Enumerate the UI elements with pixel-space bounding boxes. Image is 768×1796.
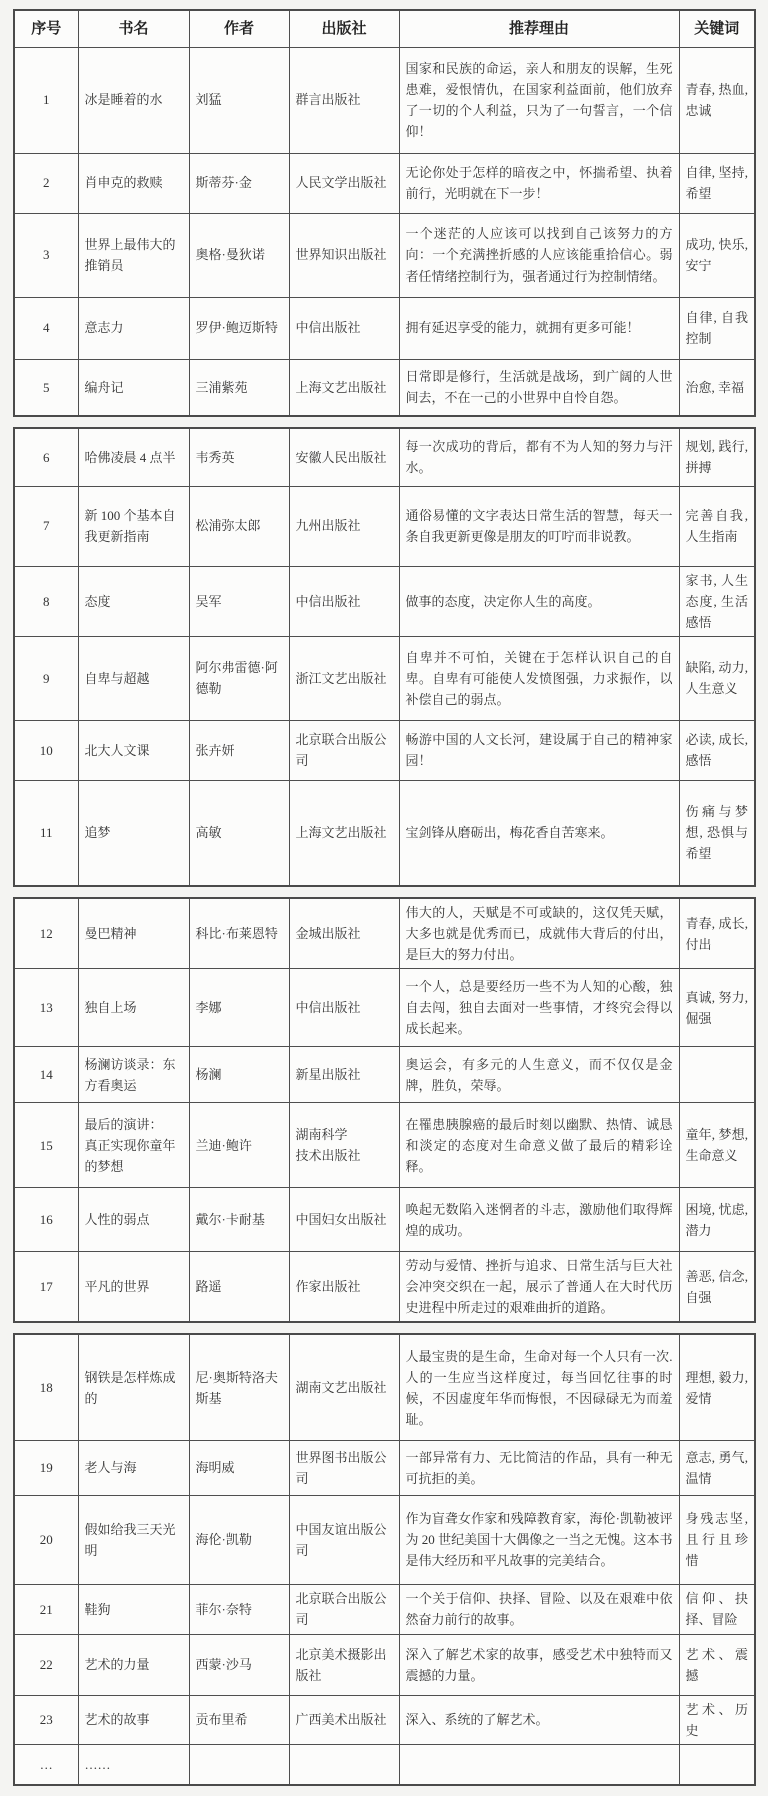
cell-author: 韦秀英: [189, 428, 289, 486]
cell-publisher: 北京联合出版公司: [289, 720, 399, 780]
cell-book-title: 最后的演讲： 真正实现你童年的梦想: [78, 1103, 189, 1188]
cell-author: 贡布里希: [189, 1695, 289, 1744]
cell-author: 戴尔·卡耐基: [189, 1188, 289, 1252]
cell-book-title: 艺术的力量: [78, 1634, 189, 1695]
cell-publisher: 中信出版社: [289, 297, 399, 359]
cell-index: 20: [14, 1495, 78, 1584]
cell-reason: 唤起无数陷入迷惘者的斗志，激励他们取得辉煌的成功。: [399, 1188, 679, 1252]
cell-reason: 一部异常有力、无比简洁的作品，具有一种无可抗拒的美。: [399, 1440, 679, 1495]
table-section-2: 6哈佛凌晨 4 点半韦秀英安徽人民出版社每一次成功的背后，都有不为人知的努力与汗…: [13, 427, 756, 887]
cell-publisher: 湖南科学 技术出版社: [289, 1103, 399, 1188]
cell-keywords: 理想, 毅力, 爱情: [679, 1334, 755, 1440]
cell-author: 松浦弥太郎: [189, 486, 289, 566]
cell-keywords: 自律, 坚持, 希望: [679, 153, 755, 213]
table-row: 20假如给我三天光明海伦·凯勒中国友谊出版公司作为盲聋女作家和残障教育家，海伦·…: [14, 1495, 755, 1584]
cell-reason: 伟大的人，天赋是不可或缺的，这仅凭天赋，大多也就是优秀而已，成就伟大背后的付出，…: [399, 898, 679, 969]
cell-book-title: ……: [78, 1745, 189, 1785]
cell-book-title: 哈佛凌晨 4 点半: [78, 428, 189, 486]
cell-publisher: 上海文艺出版社: [289, 359, 399, 416]
cell-reason: 深入、系统的了解艺术。: [399, 1695, 679, 1744]
table-row: 5编舟记三浦紫苑上海文艺出版社日常即是修行，生活就是战场，到广阔的人世间去，不在…: [14, 359, 755, 416]
cell-keywords: [679, 1745, 755, 1785]
cell-publisher: 金城出版社: [289, 898, 399, 969]
cell-reason: 做事的态度，决定你人生的高度。: [399, 566, 679, 636]
cell-author: 菲尔·奈特: [189, 1584, 289, 1634]
header-author: 作者: [189, 10, 289, 47]
table-row: 14杨澜访谈录：东方看奥运杨澜新星出版社奥运会，有多元的人生意义，而不仅仅是金牌…: [14, 1047, 755, 1103]
cell-book-title: 编舟记: [78, 359, 189, 416]
table-row: 16人性的弱点戴尔·卡耐基中国妇女出版社唤起无数陷入迷惘者的斗志，激励他们取得辉…: [14, 1188, 755, 1252]
table-row: 6哈佛凌晨 4 点半韦秀英安徽人民出版社每一次成功的背后，都有不为人知的努力与汗…: [14, 428, 755, 486]
cell-book-title: 自卑与超越: [78, 636, 189, 720]
cell-publisher: 广西美术出版社: [289, 1695, 399, 1744]
cell-keywords: 成功, 快乐, 安宁: [679, 213, 755, 297]
cell-book-title: 钢铁是怎样炼成的: [78, 1334, 189, 1440]
cell-index: 14: [14, 1047, 78, 1103]
cell-reason: 每一次成功的背后，都有不为人知的努力与汗水。: [399, 428, 679, 486]
table-row: 23艺术的故事贡布里希广西美术出版社深入、系统的了解艺术。艺术、历史: [14, 1695, 755, 1744]
cell-keywords: 必读, 成长, 感悟: [679, 720, 755, 780]
cell-index: …: [14, 1745, 78, 1785]
cell-reason: 深入了解艺术家的故事，感受艺术中独特而又震撼的力量。: [399, 1634, 679, 1695]
tables-wrap: 序号 书名 作者 出版社 推荐理由 关键词 1冰是睡着的水刘猛群言出版社国家和民…: [13, 9, 754, 1786]
cell-reason: 宝剑锋从磨砺出，梅花香自苦寒来。: [399, 780, 679, 886]
table-row: 8态度吴军中信出版社做事的态度，决定你人生的高度。家书, 人生态度, 生活感悟: [14, 566, 755, 636]
cell-index: 19: [14, 1440, 78, 1495]
cell-keywords: [679, 1047, 755, 1103]
cell-publisher: 上海文艺出版社: [289, 780, 399, 886]
cell-publisher: 新星出版社: [289, 1047, 399, 1103]
cell-author: 吴军: [189, 566, 289, 636]
cell-author: 三浦紫苑: [189, 359, 289, 416]
table-row: 12曼巴精神科比·布莱恩特金城出版社伟大的人，天赋是不可或缺的，这仅凭天赋，大多…: [14, 898, 755, 969]
cell-author: 张卉妍: [189, 720, 289, 780]
cell-keywords: 规划, 践行, 拼搏: [679, 428, 755, 486]
cell-publisher: 湖南文艺出版社: [289, 1334, 399, 1440]
cell-keywords: 青春, 热血, 忠诚: [679, 47, 755, 153]
cell-book-title: 冰是睡着的水: [78, 47, 189, 153]
cell-author: 兰迪·鲍许: [189, 1103, 289, 1188]
cell-index: 12: [14, 898, 78, 969]
book-recommendation-document: 序号 书名 作者 出版社 推荐理由 关键词 1冰是睡着的水刘猛群言出版社国家和民…: [0, 0, 768, 1786]
table-row: 19老人与海海明威世界图书出版公司一部异常有力、无比简洁的作品，具有一种无可抗拒…: [14, 1440, 755, 1495]
cell-index: 17: [14, 1252, 78, 1323]
table-row: 17平凡的世界路遥作家出版社劳动与爱情、挫折与追求、日常生活与巨大社会冲突交织在…: [14, 1252, 755, 1323]
cell-keywords: 善恶, 信念, 自强: [679, 1252, 755, 1323]
cell-book-title: 平凡的世界: [78, 1252, 189, 1323]
cell-reason: 奥运会，有多元的人生意义，而不仅仅是金牌，胜负，荣辱。: [399, 1047, 679, 1103]
cell-reason: 国家和民族的命运，亲人和朋友的误解，生死患难，爱恨情仇，在国家利益面前，他们放弃…: [399, 47, 679, 153]
cell-publisher: 作家出版社: [289, 1252, 399, 1323]
cell-keywords: 身残志坚, 且行且珍惜: [679, 1495, 755, 1584]
cell-index: 21: [14, 1584, 78, 1634]
table-row: ………: [14, 1745, 755, 1785]
cell-keywords: 艺术、震撼: [679, 1634, 755, 1695]
cell-index: 16: [14, 1188, 78, 1252]
cell-publisher: 群言出版社: [289, 47, 399, 153]
cell-author: 奥格·曼狄诺: [189, 213, 289, 297]
cell-keywords: 真诚, 努力, 倔强: [679, 969, 755, 1047]
header-no: 序号: [14, 10, 78, 47]
cell-book-title: 假如给我三天光明: [78, 1495, 189, 1584]
cell-index: 11: [14, 780, 78, 886]
header-keywords: 关键词: [679, 10, 755, 47]
cell-index: 22: [14, 1634, 78, 1695]
cell-book-title: 杨澜访谈录：东方看奥运: [78, 1047, 189, 1103]
cell-book-title: 艺术的故事: [78, 1695, 189, 1744]
cell-keywords: 家书, 人生态度, 生活感悟: [679, 566, 755, 636]
cell-author: 斯蒂芬·金: [189, 153, 289, 213]
table-row: 4意志力罗伊·鲍迈斯特中信出版社拥有延迟享受的能力，就拥有更多可能！自律, 自我…: [14, 297, 755, 359]
cell-index: 13: [14, 969, 78, 1047]
cell-keywords: 伤痛与梦想, 恐惧与希望: [679, 780, 755, 886]
cell-publisher: 中信出版社: [289, 969, 399, 1047]
cell-reason: 通俗易懂的文字表达日常生活的智慧，每天一条自我更新更像是朋友的叮咛而非说教。: [399, 486, 679, 566]
cell-reason: 畅游中国的人文长河，建设属于自己的精神家园！: [399, 720, 679, 780]
cell-publisher: 人民文学出版社: [289, 153, 399, 213]
table-row: 13独自上场李娜中信出版社一个人，总是要经历一些不为人知的心酸，独自去闯，独自去…: [14, 969, 755, 1047]
cell-reason: 自卑并不可怕，关键在于怎样认识自己的自卑。自卑有可能使人发愤图强，力求振作，以补…: [399, 636, 679, 720]
cell-keywords: 自律, 自我控制: [679, 297, 755, 359]
cell-keywords: 青春, 成长, 付出: [679, 898, 755, 969]
cell-keywords: 信仰、抉择、冒险: [679, 1584, 755, 1634]
cell-publisher: 中国友谊出版公司: [289, 1495, 399, 1584]
cell-reason: 劳动与爱情、挫折与追求、日常生活与巨大社会冲突交织在一起，展示了普通人在大时代历…: [399, 1252, 679, 1323]
cell-book-title: 北大人文课: [78, 720, 189, 780]
cell-publisher: 中信出版社: [289, 566, 399, 636]
cell-index: 6: [14, 428, 78, 486]
cell-keywords: 治愈, 幸福: [679, 359, 755, 416]
table-row: 9自卑与超越阿尔弗雷德·阿德勒浙江文艺出版社自卑并不可怕，关键在于怎样认识自己的…: [14, 636, 755, 720]
cell-author: 杨澜: [189, 1047, 289, 1103]
cell-index: 18: [14, 1334, 78, 1440]
cell-index: 15: [14, 1103, 78, 1188]
table-section-1: 序号 书名 作者 出版社 推荐理由 关键词 1冰是睡着的水刘猛群言出版社国家和民…: [13, 9, 756, 417]
table-header-row: 序号 书名 作者 出版社 推荐理由 关键词: [14, 10, 755, 47]
cell-book-title: 态度: [78, 566, 189, 636]
cell-reason: 一个关于信仰、抉择、冒险、以及在艰难中依然奋力前行的故事。: [399, 1584, 679, 1634]
cell-reason: 拥有延迟享受的能力，就拥有更多可能！: [399, 297, 679, 359]
cell-index: 8: [14, 566, 78, 636]
cell-book-title: 新 100 个基本自我更新指南: [78, 486, 189, 566]
cell-author: 高敏: [189, 780, 289, 886]
cell-index: 7: [14, 486, 78, 566]
table-row: 7新 100 个基本自我更新指南松浦弥太郎九州出版社通俗易懂的文字表达日常生活的…: [14, 486, 755, 566]
cell-book-title: 独自上场: [78, 969, 189, 1047]
table-section-4: 18钢铁是怎样炼成的尼·奥斯特洛夫斯基湖南文艺出版社人最宝贵的是生命，生命对每一…: [13, 1333, 756, 1785]
table-row: 15最后的演讲： 真正实现你童年的梦想兰迪·鲍许湖南科学 技术出版社在罹患胰腺癌…: [14, 1103, 755, 1188]
table-row: 11追梦高敏上海文艺出版社宝剑锋从磨砺出，梅花香自苦寒来。伤痛与梦想, 恐惧与希…: [14, 780, 755, 886]
cell-author: 科比·布莱恩特: [189, 898, 289, 969]
table-row: 2肖申克的救赎斯蒂芬·金人民文学出版社无论你处于怎样的暗夜之中，怀揣希望、执着前…: [14, 153, 755, 213]
cell-book-title: 意志力: [78, 297, 189, 359]
cell-author: 西蒙·沙马: [189, 1634, 289, 1695]
cell-keywords: 童年, 梦想, 生命意义: [679, 1103, 755, 1188]
cell-reason: [399, 1745, 679, 1785]
cell-publisher: 浙江文艺出版社: [289, 636, 399, 720]
cell-reason: 一个迷茫的人应该可以找到自己该努力的方向：一个充满挫折感的人应该能重拾信心。弱者…: [399, 213, 679, 297]
table-row: 10北大人文课张卉妍北京联合出版公司畅游中国的人文长河，建设属于自己的精神家园！…: [14, 720, 755, 780]
cell-book-title: 曼巴精神: [78, 898, 189, 969]
cell-book-title: 人性的弱点: [78, 1188, 189, 1252]
header-publisher: 出版社: [289, 10, 399, 47]
cell-keywords: 缺陷, 动力, 人生意义: [679, 636, 755, 720]
cell-author: 海伦·凯勒: [189, 1495, 289, 1584]
cell-publisher: 北京联合出版公司: [289, 1584, 399, 1634]
cell-book-title: 老人与海: [78, 1440, 189, 1495]
cell-book-title: 世界上最伟大的推销员: [78, 213, 189, 297]
header-reason: 推荐理由: [399, 10, 679, 47]
cell-publisher: [289, 1745, 399, 1785]
table-section-3: 12曼巴精神科比·布莱恩特金城出版社伟大的人，天赋是不可或缺的，这仅凭天赋，大多…: [13, 897, 756, 1323]
cell-author: 罗伊·鲍迈斯特: [189, 297, 289, 359]
table-row: 18钢铁是怎样炼成的尼·奥斯特洛夫斯基湖南文艺出版社人最宝贵的是生命，生命对每一…: [14, 1334, 755, 1440]
cell-publisher: 安徽人民出版社: [289, 428, 399, 486]
cell-book-title: 鞋狗: [78, 1584, 189, 1634]
cell-keywords: 完善自我, 人生指南: [679, 486, 755, 566]
cell-index: 5: [14, 359, 78, 416]
cell-reason: 无论你处于怎样的暗夜之中，怀揣希望、执着前行，光明就在下一步！: [399, 153, 679, 213]
table-row: 1冰是睡着的水刘猛群言出版社国家和民族的命运，亲人和朋友的误解，生死患难，爱恨情…: [14, 47, 755, 153]
cell-index: 9: [14, 636, 78, 720]
cell-author: 尼·奥斯特洛夫斯基: [189, 1334, 289, 1440]
cell-index: 2: [14, 153, 78, 213]
cell-keywords: 困境, 忧虑, 潜力: [679, 1188, 755, 1252]
cell-keywords: 艺术、历史: [679, 1695, 755, 1744]
table-row: 3世界上最伟大的推销员奥格·曼狄诺世界知识出版社一个迷茫的人应该可以找到自己该努…: [14, 213, 755, 297]
cell-author: 李娜: [189, 969, 289, 1047]
cell-index: 4: [14, 297, 78, 359]
table-row: 22艺术的力量西蒙·沙马北京美术摄影出版社深入了解艺术家的故事，感受艺术中独特而…: [14, 1634, 755, 1695]
cell-author: 刘猛: [189, 47, 289, 153]
cell-keywords: 意志, 勇气, 温情: [679, 1440, 755, 1495]
cell-book-title: 肖申克的救赎: [78, 153, 189, 213]
cell-book-title: 追梦: [78, 780, 189, 886]
cell-publisher: 中国妇女出版社: [289, 1188, 399, 1252]
cell-author: 阿尔弗雷德·阿德勒: [189, 636, 289, 720]
cell-index: 3: [14, 213, 78, 297]
cell-index: 1: [14, 47, 78, 153]
cell-reason: 日常即是修行，生活就是战场，到广阔的人世间去，不在一己的小世界中自怜自怨。: [399, 359, 679, 416]
table-row: 21鞋狗菲尔·奈特北京联合出版公司一个关于信仰、抉择、冒险、以及在艰难中依然奋力…: [14, 1584, 755, 1634]
cell-publisher: 世界知识出版社: [289, 213, 399, 297]
cell-reason: 人最宝贵的是生命，生命对每一个人只有一次. 人的一生应当这样度过，每当回忆往事的…: [399, 1334, 679, 1440]
cell-reason: 作为盲聋女作家和残障教育家，海伦·凯勒被评为 20 世纪美国十大偶像之一当之无愧…: [399, 1495, 679, 1584]
cell-index: 23: [14, 1695, 78, 1744]
cell-publisher: 北京美术摄影出版社: [289, 1634, 399, 1695]
cell-publisher: 九州出版社: [289, 486, 399, 566]
cell-index: 10: [14, 720, 78, 780]
cell-reason: 一个人，总是要经历一些不为人知的心酸，独自去闯，独自去面对一些事情，才终究会得以…: [399, 969, 679, 1047]
cell-author: 路遥: [189, 1252, 289, 1323]
header-title: 书名: [78, 10, 189, 47]
cell-author: [189, 1745, 289, 1785]
cell-author: 海明威: [189, 1440, 289, 1495]
cell-publisher: 世界图书出版公司: [289, 1440, 399, 1495]
cell-reason: 在罹患胰腺癌的最后时刻以幽默、热情、诚恳和淡定的态度对生命意义做了最后的精彩诠释…: [399, 1103, 679, 1188]
